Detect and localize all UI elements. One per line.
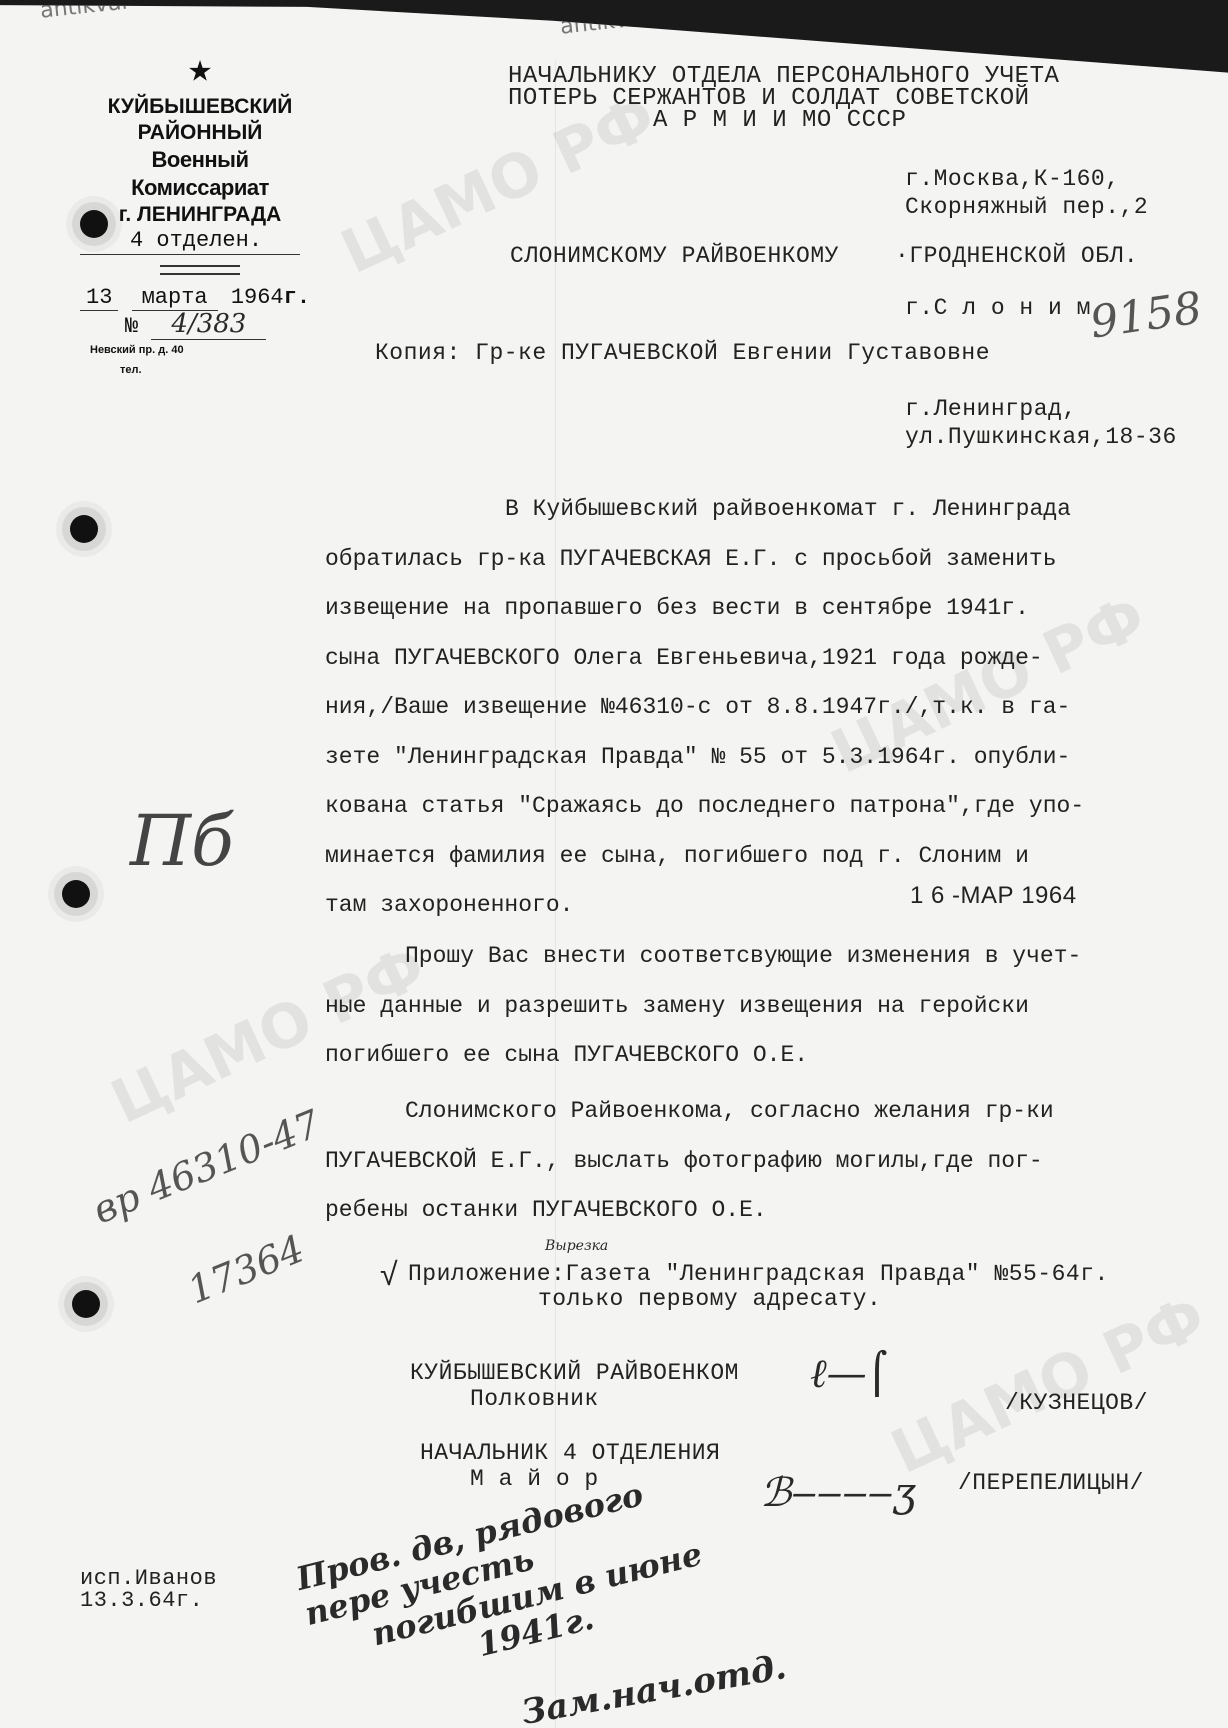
check-mark: √ [380, 1255, 398, 1293]
body-line: ПУГАЧЕВСКОЙ Е.Г., выслать фотографию мог… [325, 1137, 1195, 1187]
executor-note: исп.Иванов 13.3.64г. [80, 1568, 217, 1612]
punch-hole [70, 515, 98, 543]
signature-title: КУЙБЫШЕВСКИЙ РАЙВОЕНКОМ [410, 1360, 739, 1386]
margin-number-2: 17364 [182, 1226, 311, 1312]
address-line: Скорняжный пер.,2 [905, 193, 1148, 221]
margin-number-1: вр 46310-47 [87, 1101, 327, 1232]
body-line: Слонимского Райвоенкома, согласно желани… [325, 1087, 1195, 1137]
primary-address: г.Москва,К-160, Скорняжный пер.,2 [905, 165, 1148, 221]
body-line: минается фамилия ее сына, погибшего под … [325, 832, 1195, 882]
secondary-address-region: ·ГРОДНЕНСКОЙ ОБЛ. [895, 243, 1138, 269]
copy-label: Копия: [375, 340, 461, 366]
punch-hole [72, 1290, 100, 1318]
body-paragraph-2: Прошу Вас внести соответсвующие изменени… [325, 932, 1195, 1081]
commissariat-stamp: ★ КУЙБЫШЕВСКИЙ РАЙОННЫЙ Военный Комиссар… [80, 50, 320, 376]
signature-rank: Полковник [410, 1386, 739, 1412]
signature-name-2: /ПЕРЕПЕЛИЦЫН/ [958, 1470, 1144, 1496]
stamp-line-2: РАЙОННЫЙ [80, 120, 320, 146]
signature-block-1: КУЙБЫШЕВСКИЙ РАЙВОЕНКОМ Полковник [410, 1360, 739, 1412]
punch-hole [80, 210, 108, 238]
stamp-phone-label: тел. [80, 364, 320, 376]
signature-title: НАЧАЛЬНИК 4 ОТДЕЛЕНИЯ [420, 1440, 720, 1466]
secondary-addressee: СЛОНИМСКОМУ РАЙВОЕНКОМУ [510, 243, 839, 269]
address-line: г.Ленинград, [905, 395, 1177, 423]
watermark-top-left: antikvar [39, 0, 132, 24]
body-line: погибшего ее сына ПУГАЧЕВСКОГО О.Е. [325, 1031, 1195, 1081]
body-line: кована статья "Сражаясь до последнего па… [325, 782, 1195, 832]
copy-to: Гр-ке ПУГАЧЕВСКОЙ Евгении Густавовне [475, 340, 990, 366]
body-line: ные данные и разрешить замену извещения … [325, 982, 1195, 1032]
body-line: извещение на пропавшего без вести в сент… [325, 584, 1195, 634]
stamp-date-day: 13 [80, 285, 118, 311]
attachment-line: только первому адресату. [408, 1287, 1109, 1312]
margin-initials: Пб [130, 800, 234, 882]
handwritten-insert: Вырезка [545, 1238, 608, 1254]
body-paragraph-1: В Куйбышевский райвоенкомат г. Ленинград… [325, 485, 1195, 931]
body-line: сына ПУГАЧЕВСКОГО Олега Евгеньевича,1921… [325, 634, 1195, 684]
secondary-address-city: г.С л о н и м [905, 295, 1091, 321]
copy-recipient: Копия: Гр-ке ПУГАЧЕВСКОЙ Евгении Густаво… [375, 340, 990, 366]
addressee-line: А Р М И И МО СССР [508, 110, 1059, 132]
body-line: ния,/Ваше извещение №46310-с от 8.8.1947… [325, 683, 1195, 733]
body-line: ребены останки ПУГАЧЕВСКОГО О.Е. [325, 1186, 1195, 1236]
stamp-date-month: марта [132, 285, 218, 311]
resolution-signature: Зам.нач.отд. [519, 1647, 790, 1728]
signature-scribble-1: ℓ—⌠ [810, 1350, 888, 1397]
stamp-date-suffix: г. [284, 285, 310, 310]
document-page: antikvar antikvar ЦАМО РФ ЦАМО РФ ЦАМО Р… [0, 0, 1228, 1728]
punch-hole [62, 880, 90, 908]
signature-scribble-2: ℬ‒‒‒‒ʒ [760, 1470, 916, 1516]
body-line: Прошу Вас внести соответсвующие изменени… [325, 932, 1195, 982]
stamp-date-year: 1964 [231, 285, 284, 310]
attachment-line: Приложение:Газета "Ленинградская Правда"… [408, 1262, 1109, 1287]
resolution-note: Пров. дв, рядового пере учесть погибшим … [293, 1466, 715, 1702]
received-date-stamp: 1 6 -МАР 1964 [910, 882, 1077, 910]
executor-date: 13.3.64г. [80, 1590, 217, 1612]
stamp-line-1: КУЙБЫШЕВСКИЙ [80, 94, 320, 120]
attachment-block: Приложение:Газета "Ленинградская Правда"… [408, 1262, 1109, 1312]
stamp-line-4: г. ЛЕНИНГРАДА [80, 202, 320, 228]
body-line: зете "Ленинградская Правда" № 55 от 5.3.… [325, 733, 1195, 783]
signature-name-1: /КУЗНЕЦОВ/ [1005, 1390, 1148, 1416]
stamp-address: Невский пр. д. 40 [80, 344, 320, 356]
copy-address: г.Ленинград, ул.Пушкинская,18-36 [905, 395, 1177, 451]
stamp-divider [160, 265, 240, 275]
red-star-emblem: ★ [80, 50, 320, 94]
handwritten-registration-number: 9158 [1087, 282, 1205, 348]
stamp-line-3: Военный Комиссариат [80, 146, 320, 202]
archive-watermark: ЦАМО РФ [881, 1282, 1216, 1488]
address-line: ул.Пушкинская,18-36 [905, 423, 1177, 451]
body-line: обратилась гр-ка ПУГАЧЕВСКАЯ Е.Г. с прос… [325, 535, 1195, 585]
stamp-line-5: 4 отделен. [80, 228, 300, 255]
body-line: В Куйбышевский райвоенкомат г. Ленинград… [325, 485, 1195, 535]
stamp-number-label: № [125, 314, 138, 339]
address-line: г.Москва,К-160, [905, 165, 1148, 193]
stamp-number-value: 4/383 [151, 309, 266, 340]
primary-addressee: НАЧАЛЬНИКУ ОТДЕЛА ПЕРСОНАЛЬНОГО УЧЕТА ПО… [508, 66, 1059, 132]
executor-name: исп.Иванов [80, 1568, 217, 1590]
watermark-top-center: antikvar [559, 5, 652, 39]
body-paragraph-3: Слонимского Райвоенкома, согласно желани… [325, 1087, 1195, 1236]
